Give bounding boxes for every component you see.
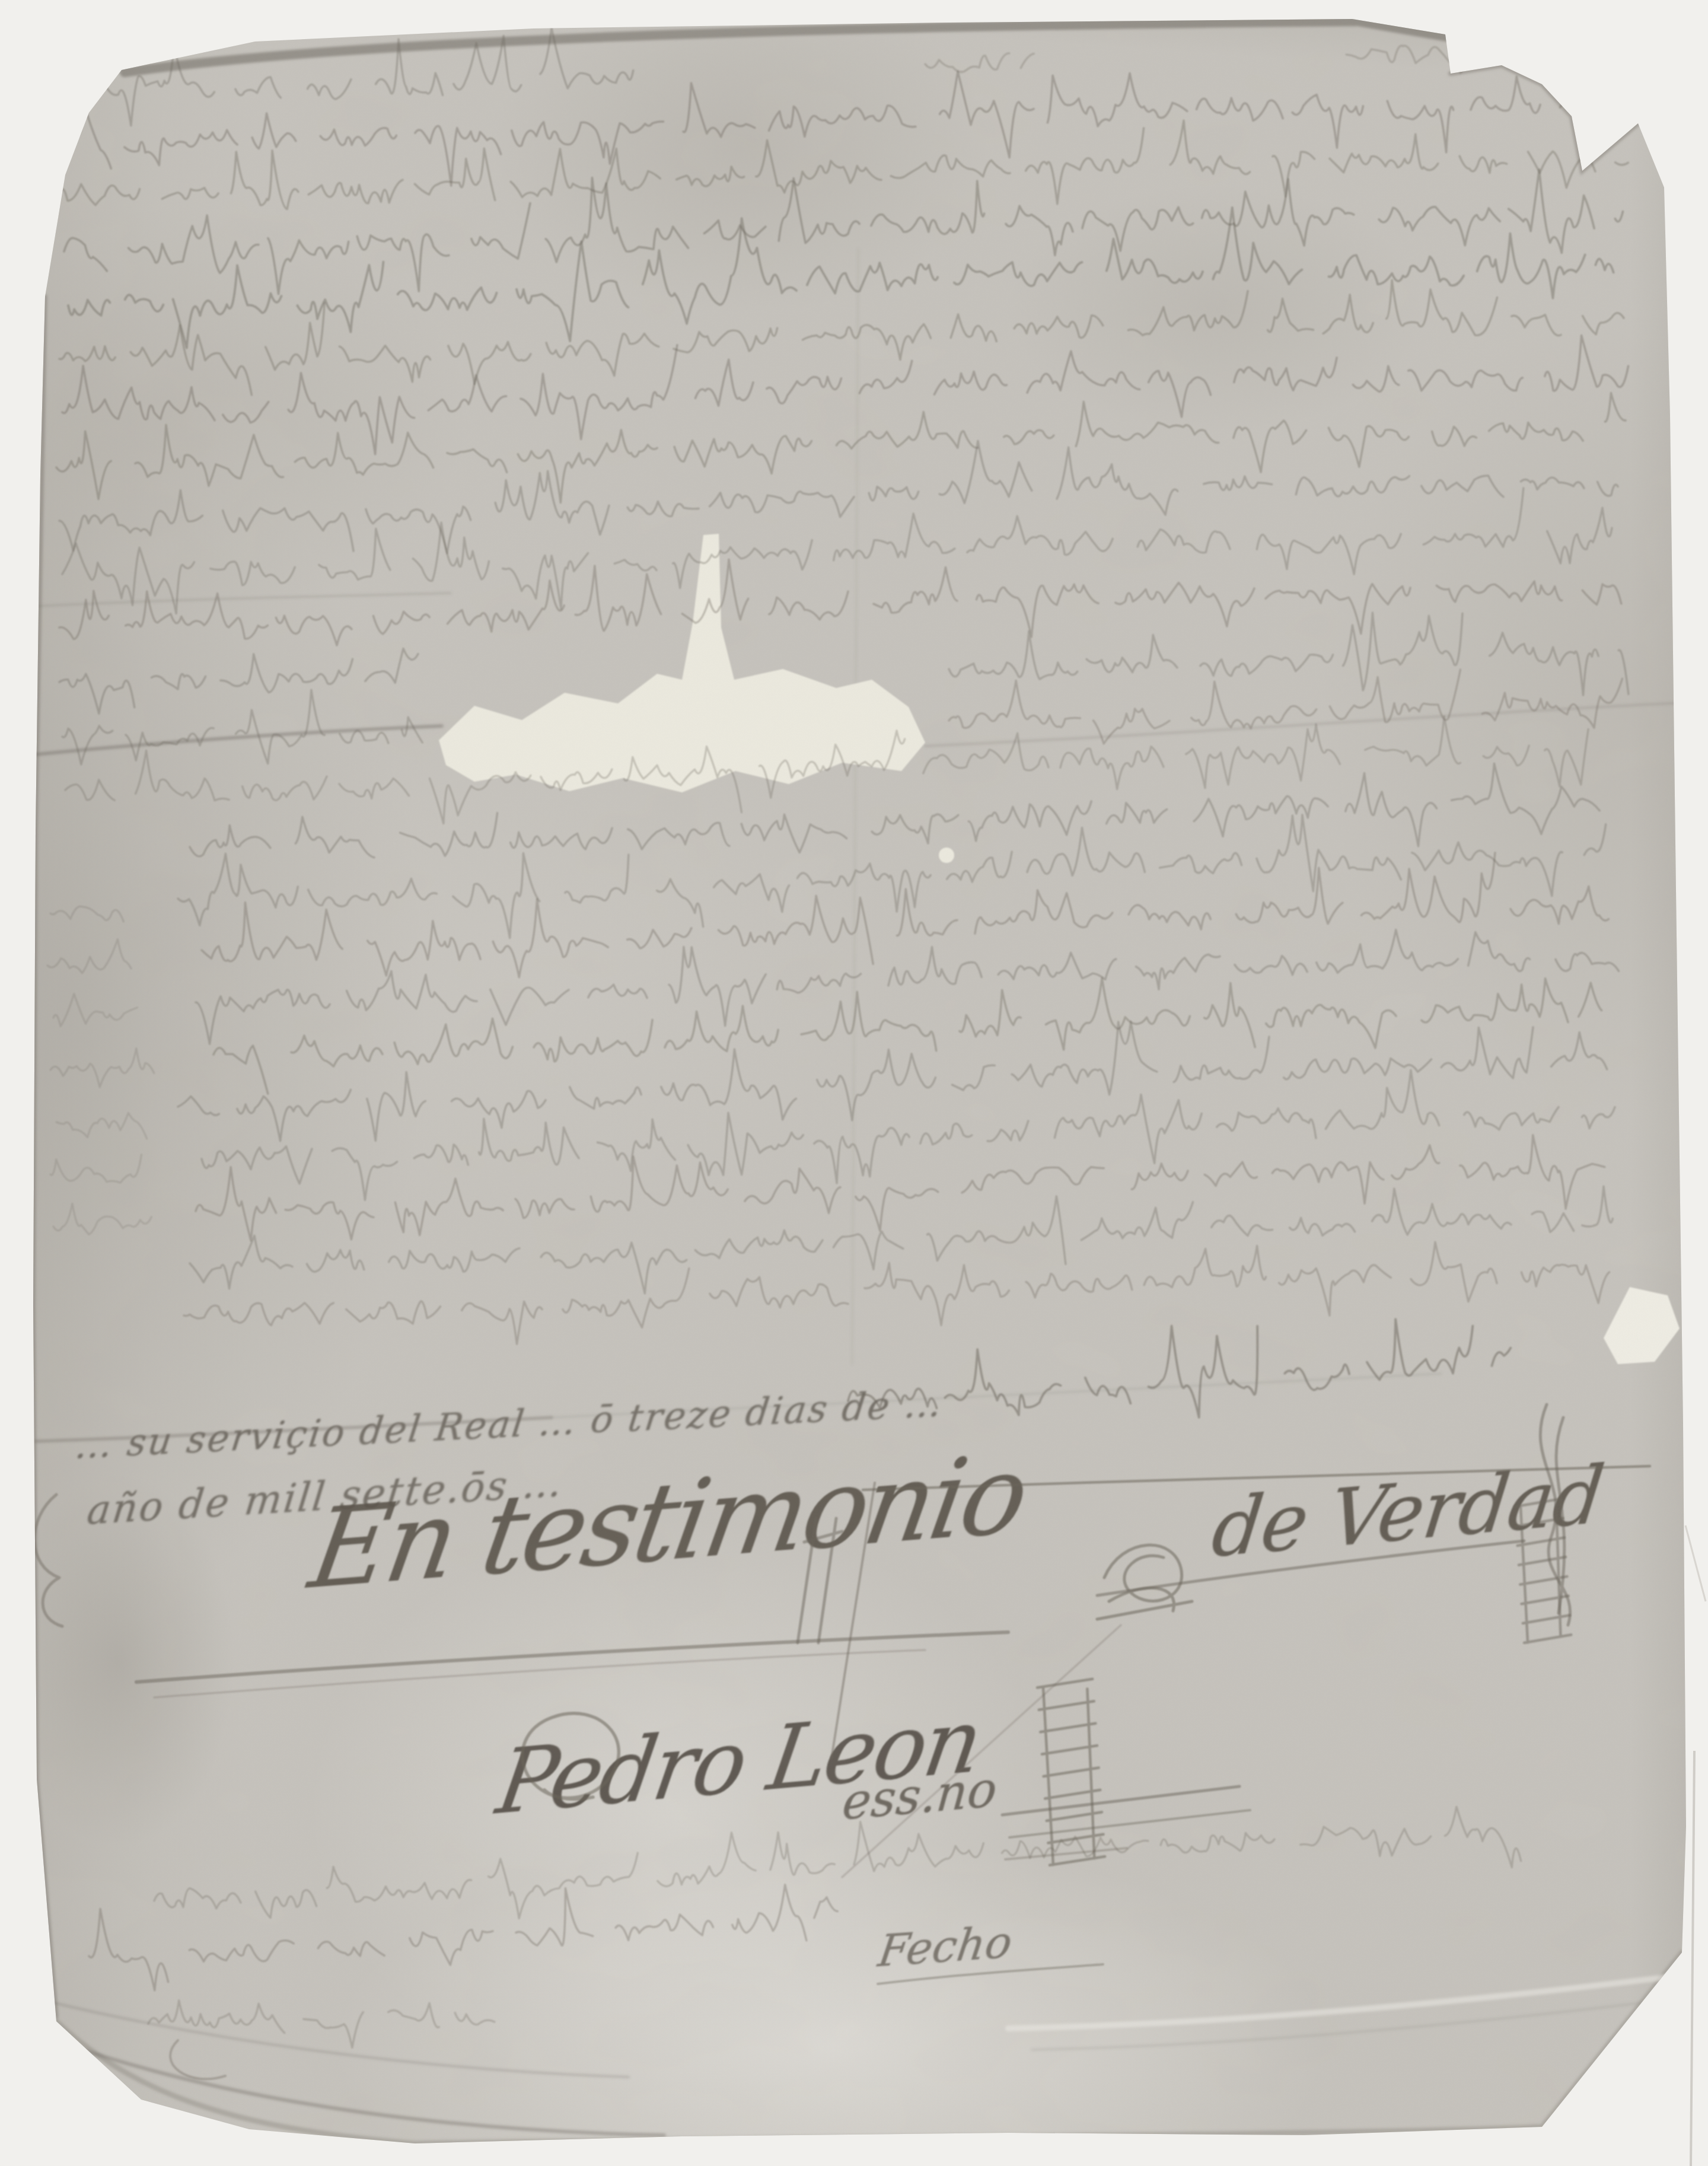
adjacent-page-edge-line xyxy=(1691,1751,1694,2166)
backing-artifacts xyxy=(1685,1525,1706,2166)
scan-backing: { "document": { "kind": "Escaneo de manu… xyxy=(0,0,1708,2166)
scratch-mark xyxy=(1685,1525,1706,1601)
handwriting-layer xyxy=(0,0,1708,2166)
paper-grain xyxy=(0,0,1708,2166)
